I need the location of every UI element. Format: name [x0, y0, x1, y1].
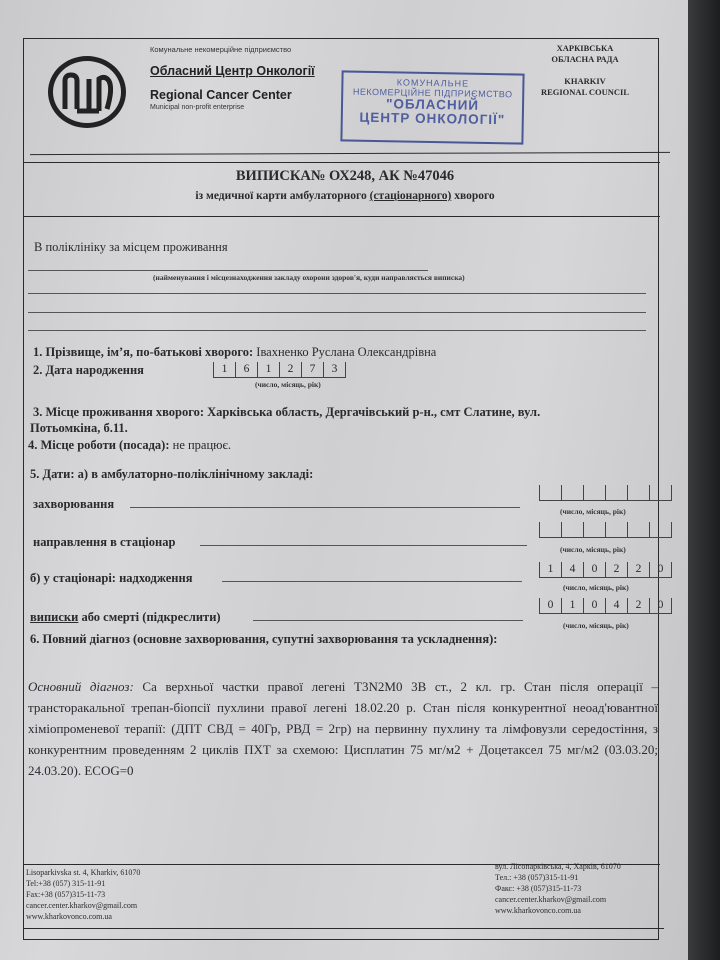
admission-caption: (число, місяць, рік)	[563, 583, 629, 592]
date-digit-cell: 1	[257, 362, 279, 377]
field-name: 1. Прізвище, ім’я, по-батькові хворого: …	[33, 345, 436, 360]
footer-contact-line: cancer.center.kharkov@gmail.com	[495, 894, 621, 905]
referral-line	[28, 293, 646, 294]
referral-line	[28, 330, 646, 331]
date-digit-cell: 7	[301, 362, 323, 377]
footer-contact-line: вул. Лісопарківська, 4, Харків, 61070	[495, 861, 621, 872]
dob-caption: (число, місяць, рік)	[255, 380, 321, 389]
date-digit-cell: 0	[583, 598, 605, 613]
date-digit-cell	[605, 485, 627, 500]
date-digit-cell: 3	[323, 362, 346, 377]
date-digit-cell	[605, 522, 627, 537]
date-digit-cell	[583, 522, 605, 537]
organization-stamp: КОМУНАЛЬНЕ НЕКОМЕРЦІЙНЕ ПІДПРИЄМСТВО "ОБ…	[340, 70, 524, 144]
diagnosis-text: Основний діагноз: Са верхньої частки пра…	[28, 676, 658, 781]
org-type-label: Комунальне некомерційне підприємство	[150, 45, 291, 54]
footer-contact-line: Tel:+38 (057) 315-11-91	[26, 878, 140, 889]
dob-digit-boxes: 161273	[213, 362, 346, 378]
background-surface	[688, 0, 720, 960]
field-dates-label: 5. Дати: а) в амбулаторно-поліклінічному…	[30, 467, 313, 482]
referral-hosp-caption: (число, місяць, рік)	[560, 545, 626, 554]
illness-line	[130, 507, 520, 508]
admission-digit-boxes: 140220	[539, 562, 672, 578]
org-name-en: Regional Cancer Center	[150, 88, 292, 102]
field-illness-label: захворювання	[33, 497, 114, 512]
footer-contact-line: www.kharkovonco.com.ua	[26, 911, 140, 922]
footer-contact-line: Fax:+38 (057)315-11-73	[26, 889, 140, 900]
date-digit-cell: 2	[627, 598, 649, 613]
date-digit-cell: 2	[279, 362, 301, 377]
date-digit-cell: 4	[561, 562, 583, 577]
field-work-label: 4. Місце роботи (посада):	[28, 438, 170, 452]
title-bottom-divider	[24, 216, 660, 217]
footer-contacts-en: Lisoparkivska st. 4, Kharkiv, 61070Tel:+…	[26, 867, 140, 922]
discharge-line	[253, 620, 523, 621]
stamp-line: ЦЕНТР ОНКОЛОГІЇ"	[343, 110, 522, 127]
subtitle-text: хворого	[451, 190, 494, 202]
referral-caption: (найменування і місцезнаходження закладу…	[153, 273, 465, 282]
footer-contacts-ua: вул. Лісопарківська, 4, Харків, 61070Тел…	[495, 861, 621, 916]
field-name-label: 1. Прізвище, ім’я, по-батькові хворого:	[33, 345, 253, 359]
title-top-divider	[24, 162, 660, 163]
field-work-value: не працює.	[173, 438, 231, 452]
admission-line	[222, 581, 522, 582]
council-ua: ХАРКІВСЬКА ОБЛАСНА РАДА	[535, 43, 635, 65]
illness-caption: (число, місяць, рік)	[560, 507, 626, 516]
footer-contact-line: Тел.: +38 (057)315-11-91	[495, 872, 621, 883]
field-address-value-2: Потьомкіна, б.11.	[30, 421, 128, 436]
field-admission-label: б) у стаціонарі: надходження	[30, 571, 192, 586]
field-discharge-label: виписки або смерті (підкреслити)	[30, 610, 221, 625]
referral-hosp-line	[200, 545, 527, 546]
subtitle-text: із медичної карти амбулаторного	[195, 190, 369, 202]
footer-contact-line: Факс: +38 (057)315-11-73	[495, 883, 621, 894]
document-subtitle: із медичної карти амбулаторного (стаціон…	[30, 190, 660, 202]
date-digit-cell: 1	[213, 362, 235, 377]
field-address-value: Харківська область, Дергачівський р-н., …	[207, 405, 540, 419]
date-digit-cell: 1	[561, 598, 583, 613]
date-digit-cell	[539, 522, 561, 537]
discharge-underlined: виписки	[30, 610, 78, 624]
footer-bottom-divider	[24, 928, 664, 929]
council-ua-line: ХАРКІВСЬКА	[535, 43, 635, 54]
discharge-digit-boxes: 010420	[539, 598, 672, 614]
date-digit-cell: 1	[539, 562, 561, 577]
diagnosis-prefix: Основний діагноз:	[28, 679, 134, 694]
date-digit-cell	[649, 522, 672, 537]
date-digit-cell: 0	[539, 598, 561, 613]
subtitle-underlined: (стаціонарного)	[370, 190, 452, 202]
date-digit-cell: 2	[627, 562, 649, 577]
date-digit-cell: 0	[583, 562, 605, 577]
field-work: 4. Місце роботи (посада): не працює.	[28, 438, 231, 453]
referral-label: В поліклініку за місцем проживання	[34, 240, 228, 255]
date-digit-cell: 6	[235, 362, 257, 377]
date-digit-cell	[583, 485, 605, 500]
date-digit-cell	[561, 522, 583, 537]
referral-line	[28, 270, 428, 271]
council-ua-line: ОБЛАСНА РАДА	[535, 54, 635, 65]
footer-contact-line: Lisoparkivska st. 4, Kharkiv, 61070	[26, 867, 140, 878]
council-en-line: KHARKIV	[535, 76, 635, 87]
date-digit-cell: 2	[605, 562, 627, 577]
date-digit-cell: 0	[649, 562, 672, 577]
field-name-value: Івахненко Руслана Олександрівна	[256, 345, 436, 359]
date-digit-cell: 0	[649, 598, 672, 613]
council-en-line: REGIONAL COUNCIL	[535, 87, 635, 98]
field-diagnosis-label: 6. Повний діагноз (основне захворювання,…	[30, 632, 497, 647]
org-name-ua: Обласний Центр Онкології	[150, 64, 315, 78]
date-digit-cell	[561, 485, 583, 500]
date-digit-cell	[539, 485, 561, 500]
field-address: 3. Місце проживання хворого: Харківська …	[33, 405, 540, 420]
referral-line	[28, 312, 646, 313]
date-digit-cell	[627, 485, 649, 500]
referral-hosp-digit-boxes	[539, 522, 672, 538]
oncology-center-logo-icon	[48, 56, 126, 128]
document-title: ВИПИСКА№ ОХ248, АК №47046	[30, 168, 660, 185]
discharge-caption: (число, місяць, рік)	[563, 621, 629, 630]
date-digit-cell: 4	[605, 598, 627, 613]
date-digit-cell	[627, 522, 649, 537]
footer-contact-line: www.kharkovonco.com.ua	[495, 905, 621, 916]
date-digit-cell	[649, 485, 672, 500]
council-en: KHARKIV REGIONAL COUNCIL	[535, 76, 635, 98]
field-dob-label: 2. Дата народження	[33, 363, 144, 378]
footer-contact-line: cancer.center.kharkov@gmail.com	[26, 900, 140, 911]
discharge-rest: або смерті (підкреслити)	[78, 610, 220, 624]
org-type-en: Municipal non-profit enterprise	[150, 104, 244, 111]
field-referral-hosp-label: направлення в стаціонар	[33, 535, 175, 550]
field-address-label: 3. Місце проживання хворого:	[33, 405, 204, 419]
illness-digit-boxes	[539, 485, 672, 501]
